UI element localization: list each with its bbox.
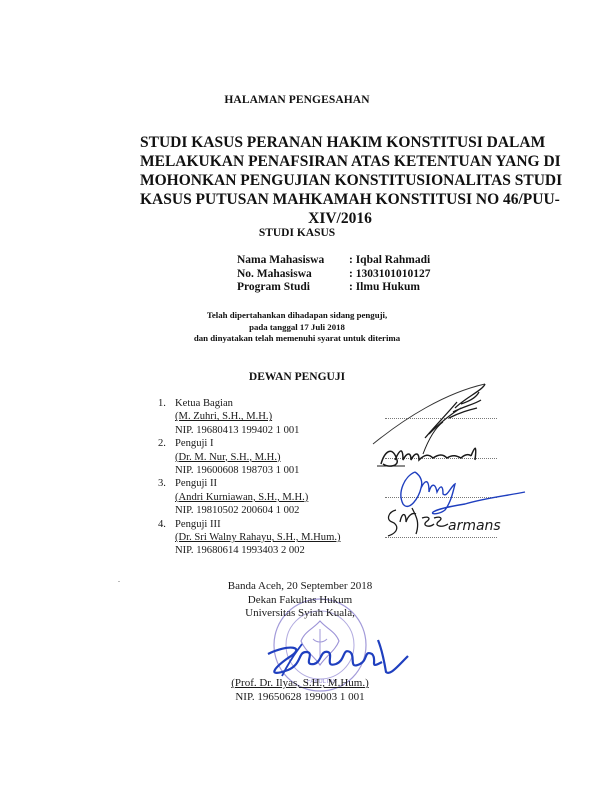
- identity-value: : Iqbal Rahmadi: [349, 254, 430, 268]
- identity-label: Nama Mahasiswa: [237, 254, 349, 268]
- margin-mark: [118, 581, 120, 582]
- examiner-nip: NIP. 19680413 199402 1 001: [175, 424, 341, 437]
- approval-page: HALAMAN PENGESAHAN STUDI KASUS PERANAN H…: [0, 0, 594, 806]
- examiner-name: (Andri Kurniawan, S.H., M.H.): [175, 492, 308, 503]
- svg-text:armans: armans: [448, 518, 501, 534]
- thesis-title: STUDI KASUS PERANAN HAKIM KONSTITUSI DAL…: [140, 133, 540, 228]
- defense-line: pada tanggal 17 Juli 2018: [40, 322, 554, 334]
- examiner-role: Ketua Bagian: [175, 397, 341, 410]
- student-identity: Nama Mahasiswa : Iqbal Rahmadi No. Mahas…: [237, 254, 430, 295]
- examiner-item: 1. Ketua Bagian (M. Zuhri, S.H., M.H.) N…: [158, 397, 341, 437]
- identity-row-program: Program Studi : Ilmu Hukum: [237, 281, 430, 295]
- dean-nip: NIP. 19650628 199003 1 001: [150, 691, 450, 705]
- examiner-item: 4. Penguji III (Dr. Sri Walny Rahayu, S.…: [158, 518, 341, 558]
- examiner-item: 3. Penguji II (Andri Kurniawan, S.H., M.…: [158, 477, 341, 517]
- dean-block: Banda Aceh, 20 September 2018 Dekan Faku…: [150, 580, 450, 621]
- dean-position: Dekan Fakultas Hukum: [150, 594, 450, 608]
- examiner-name: (M. Zuhri, S.H., M.H.): [175, 411, 272, 422]
- place-date: Banda Aceh, 20 September 2018: [150, 580, 450, 594]
- title-line: STUDI KASUS PERANAN HAKIM KONSTITUSI DAL…: [140, 133, 540, 152]
- examiner-item: 2. Penguji I (Dr. M. Nur, S.H., M.H.) NI…: [158, 437, 341, 477]
- examiner-name: (Dr. Sri Walny Rahayu, S.H., M.Hum.): [175, 532, 341, 543]
- examiner-role: Penguji II: [175, 477, 341, 490]
- examiner-nip: NIP. 19680614 1993403 2 002: [175, 544, 341, 557]
- identity-label: Program Studi: [237, 281, 349, 295]
- title-line: MELAKUKAN PENAFSIRAN ATAS KETENTUAN YANG…: [140, 152, 540, 171]
- defense-line: Telah dipertahankan dihadapan sidang pen…: [40, 310, 554, 322]
- examiner-list: 1. Ketua Bagian (M. Zuhri, S.H., M.H.) N…: [158, 397, 341, 558]
- identity-value: : Ilmu Hukum: [349, 281, 420, 295]
- title-line: XIV/2016: [140, 209, 540, 228]
- identity-label: No. Mahasiswa: [237, 268, 349, 282]
- examiner-number: 3.: [158, 477, 166, 490]
- identity-row-name: Nama Mahasiswa : Iqbal Rahmadi: [237, 254, 430, 268]
- institution: Universitas Syiah Kuala,: [150, 607, 450, 621]
- title-line: MOHONKAN PENGUJIAN KONSTITUSIONALITAS ST…: [140, 171, 540, 190]
- signature-dean: [258, 636, 418, 682]
- dean-identity: (Prof. Dr. Ilyas, S.H., M.Hum.) NIP. 196…: [150, 677, 450, 704]
- examiner-number: 4.: [158, 518, 166, 531]
- defense-line: dan dinyatakan telah memenuhi syarat unt…: [40, 333, 554, 345]
- defense-statement: Telah dipertahankan dihadapan sidang pen…: [40, 310, 554, 345]
- dean-name: (Prof. Dr. Ilyas, S.H., M.Hum.): [231, 677, 369, 689]
- examiner-name: (Dr. M. Nur, S.H., M.H.): [175, 452, 281, 463]
- document-type: STUDI KASUS: [0, 227, 594, 239]
- examiner-nip: NIP. 19810502 200604 1 002: [175, 504, 341, 517]
- examiner-number: 1.: [158, 397, 166, 410]
- identity-row-number: No. Mahasiswa : 1303101010127: [237, 268, 430, 282]
- examiner-role: Penguji I: [175, 437, 341, 450]
- page-heading: HALAMAN PENGESAHAN: [0, 94, 594, 106]
- examiner-number: 2.: [158, 437, 166, 450]
- examiner-nip: NIP. 19600608 198703 1 001: [175, 464, 341, 477]
- identity-value: : 1303101010127: [349, 268, 430, 282]
- title-line: KASUS PUTUSAN MAHKAMAH KONSTITUSI NO 46/…: [140, 190, 540, 209]
- examiner-role: Penguji III: [175, 518, 341, 531]
- signature-examiner-4: armans: [382, 502, 522, 540]
